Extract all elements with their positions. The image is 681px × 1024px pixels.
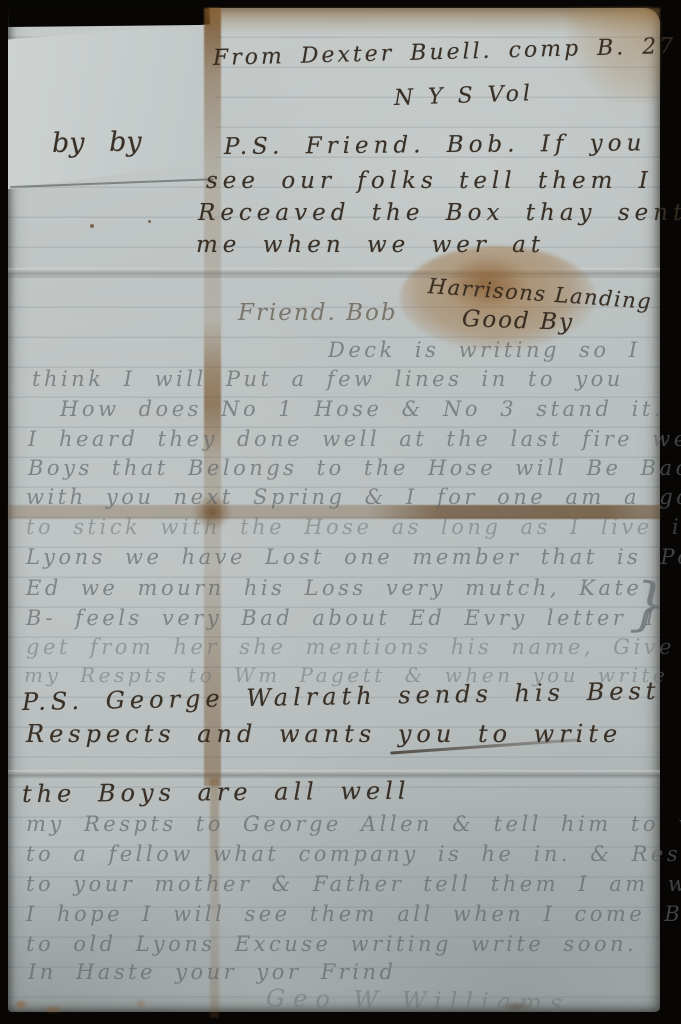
handwritten-line: with you next Spring & I for one am a go… xyxy=(26,487,681,508)
handwritten-line: I hope I will see them all when I come B… xyxy=(26,904,681,925)
bottom-left-stain xyxy=(136,1000,146,1007)
letter-paper: From Dexter Buell. comp B. 27 Regt N Y S… xyxy=(8,8,660,1012)
ink-speck xyxy=(90,224,94,228)
handwritten-line: by by xyxy=(52,128,142,157)
handwritten-line: Boys that Belongs to the Hose will Be Ba… xyxy=(28,458,681,479)
handwritten-line: P.S. Friend. Bob. If you xyxy=(224,132,647,159)
scan-background-notch xyxy=(8,5,210,27)
handwritten-line: Receaved the Box thay sent xyxy=(198,202,681,225)
handwritten-line: get from her she mentions his name, Give xyxy=(26,637,675,658)
handwritten-line: me when we wer at xyxy=(196,234,545,257)
handwritten-line: my Respts to George Allen & tell him to … xyxy=(26,814,681,835)
handwritten-line: to your mother & Father tell them I am w… xyxy=(26,874,681,895)
handwritten-line: Deck is writing so I xyxy=(328,340,641,361)
handwritten-line: to a fellow what company is he in. & Res… xyxy=(26,844,681,865)
handwritten-line: B- feels very Bad about Ed Evry letter I xyxy=(26,608,657,629)
handwritten-line: to stick with the Hose as long as I live… xyxy=(26,517,681,538)
handwritten-line: In Haste your yor Frind xyxy=(28,962,396,983)
bottom-left-stain xyxy=(44,1006,62,1013)
handwritten-line: Lyons we have Lost one member that is Po… xyxy=(26,547,681,568)
handwritten-line: to old Lyons Excuse writing write soon. xyxy=(26,934,637,955)
handwritten-line: N Y S Vol xyxy=(394,83,535,110)
handwritten-line: see our folks tell them I xyxy=(206,170,653,193)
handwritten-line: How does No 1 Hose & No 3 stand it. now xyxy=(60,399,681,420)
signature-line: Geo W Williams xyxy=(266,986,570,1015)
bottom-left-stain xyxy=(14,1000,28,1009)
handwritten-line: think I will Put a few lines in to you xyxy=(32,369,624,390)
bracket-flourish: } xyxy=(628,574,668,634)
handwritten-line: Friend. Bob xyxy=(238,302,398,325)
paper-flap-top-left xyxy=(8,24,216,196)
ink-speck xyxy=(148,220,151,223)
handwritten-line: I heard they done well at the last fire … xyxy=(28,429,681,450)
handwritten-line: Good By xyxy=(462,308,575,335)
handwritten-line: Ed we mourn his Loss very mutch, Kate xyxy=(26,578,642,599)
handwritten-line: the Boys are all well xyxy=(22,779,411,806)
